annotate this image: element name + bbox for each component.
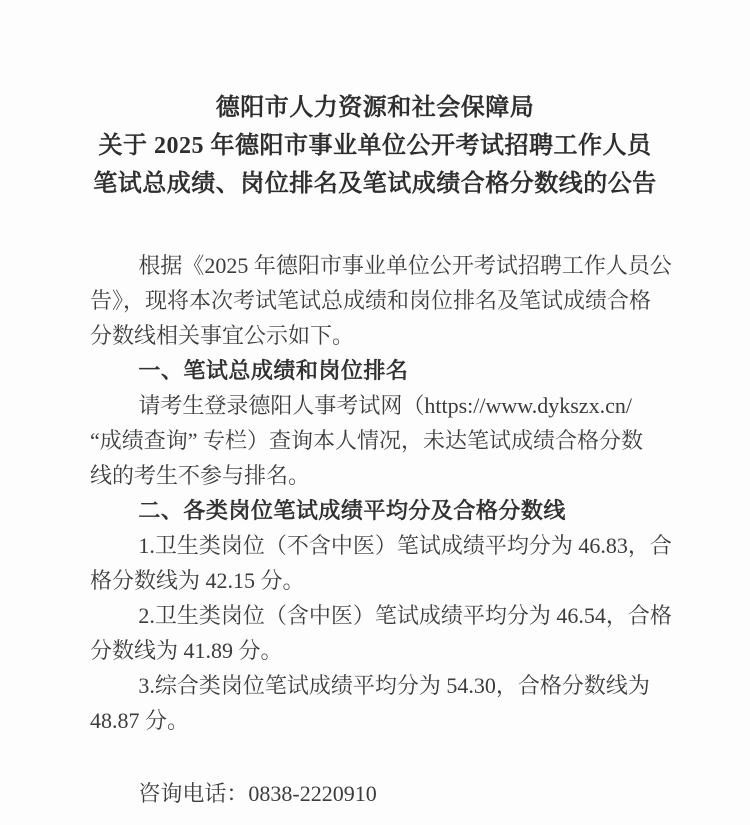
title-line-org: 德阳市人力资源和社会保障局 [0, 89, 750, 127]
document-page: 德阳市人力资源和社会保障局 关于 2025 年德阳市事业单位公开考试招聘工作人员… [0, 0, 750, 825]
title-line-subject-2: 笔试总成绩、岗位排名及笔试成绩合格分数线的公告 [0, 165, 750, 203]
contact-phone: 0838-2220910 [248, 781, 376, 806]
score-item-3-line: 3.综合类岗位笔试成绩平均分为 54.30，合格分数线为 [90, 668, 660, 703]
section1-paragraph-line: “成绩查询” 专栏）查询本人情况，未达笔试成绩合格分数 [90, 423, 660, 458]
score-item-1-line: 1.卫生类岗位（不含中医）笔试成绩平均分为 46.83，合 [90, 528, 660, 563]
score-item-3-line: 48.87 分。 [90, 703, 660, 738]
section1-paragraph-line: 请考生登录德阳人事考试网（https://www.dykszx.cn/ [90, 388, 660, 423]
title-line-subject: 关于 2025 年德阳市事业单位公开考试招聘工作人员 [0, 127, 750, 165]
document-title: 德阳市人力资源和社会保障局 关于 2025 年德阳市事业单位公开考试招聘工作人员… [0, 89, 750, 203]
document-body: 根据《2025 年德阳市事业单位公开考试招聘工作人员公 告》，现将本次考试笔试总… [0, 248, 750, 811]
section-heading-1: 一、笔试总成绩和岗位排名 [90, 353, 660, 388]
intro-paragraph-line: 告》，现将本次考试笔试总成绩和岗位排名及笔试成绩合格 [90, 283, 660, 318]
contact-label: 咨询电话： [138, 781, 248, 806]
score-item-2-line: 分数线为 41.89 分。 [90, 633, 660, 668]
intro-paragraph-line: 分数线相关事宜公示如下。 [90, 318, 660, 353]
section1-paragraph-line: 线的考生不参与排名。 [90, 458, 660, 493]
score-item-2-line: 2.卫生类岗位（含中医）笔试成绩平均分为 46.54，合格 [90, 598, 660, 633]
score-item-1-line: 格分数线为 42.15 分。 [90, 563, 660, 598]
section-heading-2: 二、各类岗位笔试成绩平均分及合格分数线 [90, 493, 660, 528]
contact-line: 咨询电话：0838-2220910 [90, 776, 660, 811]
intro-paragraph-line: 根据《2025 年德阳市事业单位公开考试招聘工作人员公 [90, 248, 660, 283]
